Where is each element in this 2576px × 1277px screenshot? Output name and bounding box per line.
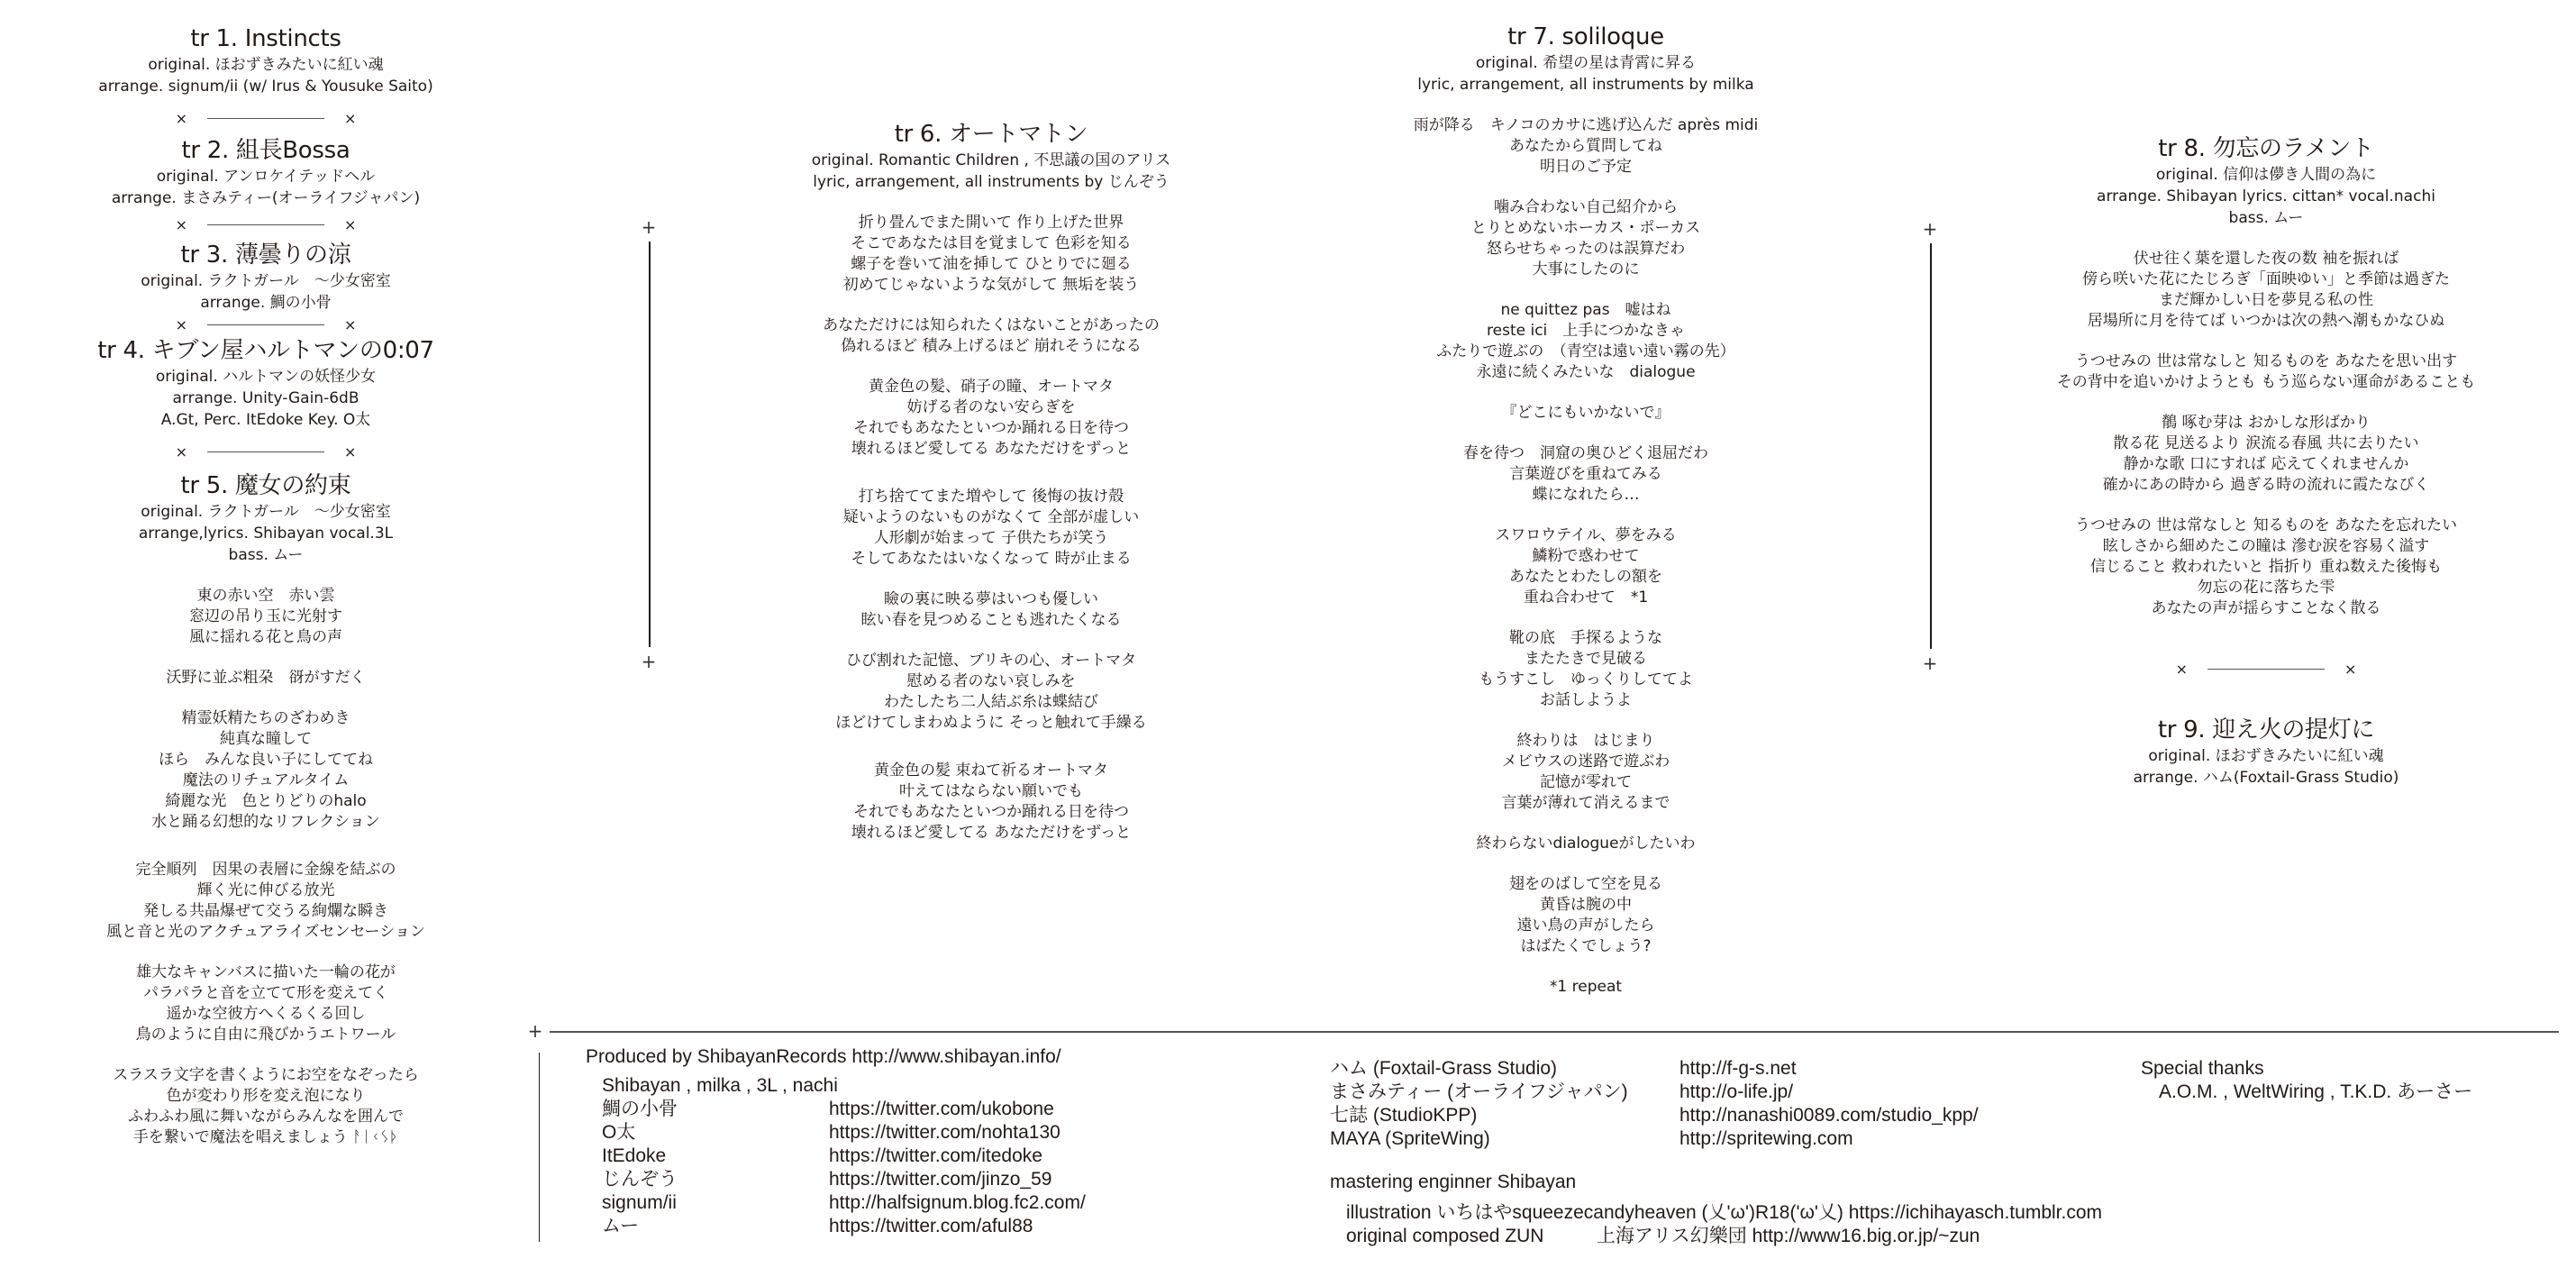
lyric-line: 風と音と光のアクチュアライズセンセーション xyxy=(54,922,478,943)
lyric-line: 言葉遊びを重ねてみる xyxy=(1370,464,1802,485)
lyric-line: 怒らせちゃったのは誤算だわ xyxy=(1370,239,1802,260)
lyric-line: *1 repeat xyxy=(1370,977,1802,998)
track-title: tr 3. 薄曇りの涼 xyxy=(54,240,478,270)
lyrics-stanza: 雄大なキャンバスに描いた一輪の花が パラパラと音を立てて形を変えてく 遥かな空彼… xyxy=(54,962,478,1045)
lyric-line: 鳥のように自由に飛びかうエトワール xyxy=(54,1025,478,1045)
lyrics: 東の赤い空 赤い雲 窓辺の吊り玉に光射す 風に揺れる花と鳥の声 沃野に並ぶ粗朶 … xyxy=(54,586,478,1148)
lyric-line: 春を待つ 洞窟の奥ひどく退屈だわ xyxy=(1370,443,1802,464)
lyric-line: お話しようよ xyxy=(1370,690,1802,711)
lyric-line: ひび割れた記憶、ブリキの心、オートマタ xyxy=(766,651,1216,671)
credit-value: squeezecandyheaven (乂'ω')R18('ω'乂) https… xyxy=(1512,1201,2102,1225)
lyric-line: 発しる共晶爆ぜて交うる絢爛な瞬き xyxy=(54,901,478,922)
lyric-line: うつせみの 世は常なしと 知るものを あなたを思い出す xyxy=(1982,351,2550,372)
lyrics-stanza: 沃野に並ぶ粗朶 谺がすだく xyxy=(54,668,478,689)
lyric-line: 翅をのばして空を見る xyxy=(1370,874,1802,895)
lyric-line: 居場所に月を待てば いつかは次の熱へ潮もかなひぬ xyxy=(1982,311,2550,332)
lyric-line: 噛み合わない自己紹介から xyxy=(1370,197,1802,218)
lyric-line: 窓辺の吊り玉に光射す xyxy=(54,607,478,627)
lyric-line: 永遠に続くみたいな dialogue xyxy=(1370,362,1802,383)
lyric-line: 疑いようのないものがなくて 全部が虚しい xyxy=(766,507,1216,528)
lyric-line: 風に揺れる花と鳥の声 xyxy=(54,627,478,648)
track-title: tr 2. 組長Bossa xyxy=(54,135,478,166)
lyric-line: もうすこし ゆっくりしててよ xyxy=(1370,670,1802,690)
link-row: ムーhttps://twitter.com/aful88 xyxy=(602,1215,1216,1238)
lyrics-stanza: 黄金色の髪 束ねて祈るオートマタ 叶えてはならない願いでも それでもあなたといつ… xyxy=(766,761,1216,844)
lyric-line: 眩い春を見つめることも逃れたくなる xyxy=(766,610,1216,631)
column-track-6: tr 6. オートマトン original. Romantic Children… xyxy=(766,119,1216,844)
lyrics-stanza: 靴の底 手探るような またたきで見破る もうすこし ゆっくりしててよ お話しよう… xyxy=(1370,628,1802,711)
lyric-line: 大事にしたのに xyxy=(1370,260,1802,280)
track-1: tr 1. Instincts original. ほおずきみたいに紅い魂 ar… xyxy=(54,23,478,97)
lyric-line: 遥かな空彼方へくるくる回し xyxy=(54,1004,478,1025)
divider-horizontal xyxy=(550,1031,2559,1033)
lyric-line: それでもあなたといつか踊れる日を待つ xyxy=(766,418,1216,439)
lyric-line: ほら みんな良い子にしててね xyxy=(54,750,478,771)
separator-line xyxy=(207,324,324,325)
track-arrange: arrange,lyrics. Shibayan vocal.3L xyxy=(54,523,478,544)
lyric-line: スラスラ文字を書くようにお空をなぞったら xyxy=(54,1065,478,1086)
lyric-line: 色が変わり形を変え泡になり xyxy=(54,1086,478,1107)
lyric-line: 沃野に並ぶ粗朶 谺がすだく xyxy=(54,668,478,689)
track-credits: lyric, arrangement, all instruments by m… xyxy=(1370,74,1802,96)
lyric-line: 妨げる者のない安らぎを xyxy=(766,397,1216,418)
artist-url[interactable]: http://nanashi0089.com/studio_kpp/ xyxy=(1679,1104,1979,1127)
separator-line xyxy=(207,118,324,119)
lyric-line: ふたりで遊ぶの （青空は遠い遠い霧の先） xyxy=(1370,342,1802,362)
credit-label: original composed ZUN xyxy=(1346,1225,1597,1248)
lyrics-stanza: *1 repeat xyxy=(1370,977,1802,998)
credits-middle: ハム (Foxtail-Grass Studio)http://f-g-s.ne… xyxy=(1330,1057,2069,1248)
artist-name: ItEdoke xyxy=(602,1145,829,1168)
crosshair-mark: + xyxy=(526,1022,544,1040)
lyric-line: 精霊妖精たちのざわめき xyxy=(54,708,478,729)
lyric-line: 初めてじゃないような気がして 無垢を装う xyxy=(766,275,1216,296)
lyric-line: 確かにあの時から 過ぎる時の流れに霞たなびく xyxy=(1982,475,2550,496)
lyrics-stanza: 黄金色の髪、硝子の瞳、オートマタ 妨げる者のない安らぎを それでもあなたといつか… xyxy=(766,377,1216,460)
lyric-line: 瞼の裏に映る夢はいつも優しい xyxy=(766,589,1216,610)
track-title: tr 8. 勿忘のラメント xyxy=(1982,133,2550,164)
lyric-line: またたきで見破る xyxy=(1370,649,1802,670)
cross-mark: × xyxy=(344,110,356,127)
lyric-line: 黄昏は腕の中 xyxy=(1370,895,1802,916)
lyric-line: まだ輝かしい日を夢見る私の性 xyxy=(1982,290,2550,311)
lyrics-stanza: 『どこにもいかないで』 xyxy=(1370,403,1802,424)
track-9: tr 9. 迎え火の提灯に original. ほおずきみたいに紅い魂 arra… xyxy=(1982,715,2550,789)
lyric-line: そしてあなたはいなくなって 時が止まる xyxy=(766,549,1216,570)
track-5: tr 5. 魔女の約束 original. ラクトガール ～少女密室 arran… xyxy=(54,470,478,1148)
lyrics: 折り畳んでまた開いて 作り上げた世界 そこであなたは目を覚まして 色彩を知る 螺… xyxy=(766,213,1216,844)
lyrics-stanza: 伏せ往く葉を還した夜の数 袖を振れば 傍ら咲いた花にたじろぎ「面映ゆい」と季節は… xyxy=(1982,249,2550,332)
track-arrange: arrange. 鯛の小骨 xyxy=(54,292,478,314)
lyrics-stanza: あなただけには知られたくはないことがあったの 偽れるほど 積み上げるほど 崩れそ… xyxy=(766,315,1216,357)
track-original: original. ラクトガール ～少女密室 xyxy=(54,501,478,523)
crosshair-mark: + xyxy=(640,652,658,670)
cross-mark: × xyxy=(344,316,356,333)
lyrics-stanza: 鶺 啄む芽は おかしな形ばかり 散る花 見送るより 涙流る春風 共に去りたい 静… xyxy=(1982,413,2550,496)
credit-label: illustration いちはや xyxy=(1346,1201,1512,1225)
crosshair-mark: + xyxy=(640,218,658,236)
lyrics-stanza: うつせみの 世は常なしと 知るものを あなたを思い出す その背中を追いかけようと… xyxy=(1982,351,2550,393)
link-row: ItEdokehttps://twitter.com/itedoke xyxy=(602,1145,1216,1168)
illustration-credit: illustration いちはやsqueezecandyheaven (乂'ω… xyxy=(1330,1201,2069,1225)
track-original: original. ほおずきみたいに紅い魂 xyxy=(54,54,478,76)
lyrics-stanza: ne quittez pas 嘘はね reste ici 上手につかなきゃ ふた… xyxy=(1370,300,1802,383)
lyric-line: 純真な瞳して xyxy=(54,729,478,750)
track-original: original. アンロケイテッドヘル xyxy=(54,166,478,187)
lyrics-stanza: 完全順列 因果の表層に金線を結ぶの 輝く光に伸びる放光 発しる共晶爆ぜて交うる絢… xyxy=(54,860,478,943)
lyric-line: 手を繋いで魔法を唱えましょう ᚨᛁᚲᛊᚦ xyxy=(54,1127,478,1148)
lyric-line: 眩しさから細めたこの瞳は 滲む涙を容易く溢す xyxy=(1982,536,2550,557)
separator-line xyxy=(207,452,324,452)
lyric-line: 記憶が零れて xyxy=(1370,772,1802,793)
special-thanks-names: A.O.M. , WeltWiring , T.K.D. あーさー xyxy=(2141,1081,2573,1104)
lyric-line: 重ね合わせて *1 xyxy=(1370,588,1802,608)
track-arrange: arrange. Unity-Gain-6dB xyxy=(54,388,478,409)
artist-url[interactable]: https://twitter.com/aful88 xyxy=(829,1215,1033,1238)
lyric-line: 螺子を巻いて油を挿して ひとりでに廻る xyxy=(766,254,1216,275)
artist-url[interactable]: https://twitter.com/ukobone xyxy=(829,1098,1054,1121)
link-row: O太https://twitter.com/nohta130 xyxy=(602,1121,1216,1145)
lyric-line: 鱗粉で惑わせて xyxy=(1370,546,1802,567)
track-title: tr 9. 迎え火の提灯に xyxy=(1982,715,2550,745)
cross-mark: × xyxy=(176,443,187,461)
cross-mark: × xyxy=(176,216,187,233)
track-original: original. ラクトガール ～少女密室 xyxy=(54,270,478,292)
track-title: tr 6. オートマトン xyxy=(766,119,1216,150)
lyrics-stanza: 終わらないdialogueがしたいわ xyxy=(1370,834,1802,854)
lyric-line: そこであなたは目を覚まして 色彩を知る xyxy=(766,233,1216,254)
lyric-line: スワロウテイル、夢をみる xyxy=(1370,525,1802,546)
lyric-line: 終わりは はじまり xyxy=(1370,731,1802,752)
link-row: 鯛の小骨https://twitter.com/ukobone xyxy=(602,1098,1216,1121)
lyric-line: 黄金色の髪 束ねて祈るオートマタ xyxy=(766,761,1216,781)
cross-mark: × xyxy=(2176,661,2188,678)
artist-name: ムー xyxy=(602,1215,829,1238)
track-separator: × × xyxy=(54,209,478,240)
links-list: 鯛の小骨https://twitter.com/ukobone O太https:… xyxy=(586,1098,1216,1238)
lyrics-stanza: ひび割れた記憶、ブリキの心、オートマタ 慰める者のない哀しみを わたしたち二人結… xyxy=(766,651,1216,734)
lyric-line: わたしたち二人結ぶ糸は蝶結び xyxy=(766,692,1216,713)
track-title: tr 1. Instincts xyxy=(54,23,478,54)
track-original: original. ほおずきみたいに紅い魂 xyxy=(1982,745,2550,767)
track-arrange: arrange. signum/ii (w/ Irus & Yousuke Sa… xyxy=(54,76,478,97)
lyric-line: その背中を追いかけようとも もう巡らない運命があることも xyxy=(1982,372,2550,393)
track-arrange: arrange. ハム(Foxtail-Grass Studio) xyxy=(1982,767,2550,789)
separator-line xyxy=(2207,669,2325,670)
lyric-line: うつせみの 世は常なしと 知るものを あなたを忘れたい xyxy=(1982,515,2550,536)
lyric-line: 鶺 啄む芽は おかしな形ばかり xyxy=(1982,413,2550,433)
track-original: original. 希望の星は青霄に昇る xyxy=(1370,52,1802,74)
cross-mark: × xyxy=(344,216,356,233)
track-4: tr 4. キブン屋ハルトマンの0:07 original. ハルトマンの妖怪少… xyxy=(54,335,478,431)
artist-name: ハム (Foxtail-Grass Studio) xyxy=(1330,1057,1679,1081)
artist-name: 七誌 (StudioKPP) xyxy=(1330,1104,1679,1127)
track-bass: bass. ムー xyxy=(1982,207,2550,229)
artist-url[interactable]: https://twitter.com/itedoke xyxy=(829,1145,1042,1168)
separator-line xyxy=(207,224,324,225)
original-credit: original composed ZUN上海アリス幻樂団 http://www… xyxy=(1330,1225,2069,1248)
artist-name: signum/ii xyxy=(602,1191,829,1215)
lyric-line: 叶えてはならない願いでも xyxy=(766,781,1216,802)
credits-left: Produced by ShibayanRecords http://www.s… xyxy=(586,1045,1216,1238)
track-original: original. Romantic Children , 不思議の国のアリス xyxy=(766,150,1216,171)
lyrics: 雨が降る キノコのカサに逃げ込んだ après midi あなたから質問してね … xyxy=(1370,115,1802,998)
lyric-line: パラパラと音を立てて形を変えてく xyxy=(54,983,478,1004)
lyrics-stanza: 瞼の裏に映る夢はいつも優しい 眩い春を見つめることも逃れたくなる xyxy=(766,589,1216,631)
divider-vertical xyxy=(649,242,651,647)
lyrics-stanza: 打ち捨ててまた増やして 後悔の抜け殻 疑いようのないものがなくて 全部が虚しい … xyxy=(766,487,1216,570)
track-bass: bass. ムー xyxy=(54,544,478,566)
lyric-line: 終わらないdialogueがしたいわ xyxy=(1370,834,1802,854)
artist-name: 鯛の小骨 xyxy=(602,1098,829,1121)
artist-name: MAYA (SpriteWing) xyxy=(1330,1127,1679,1151)
lyric-line: 水と踊る幻想的なリフレクション xyxy=(54,812,478,833)
lyrics-stanza: 翅をのばして空を見る 黄昏は腕の中 遠い鳥の声がしたら はばたくでしょう? xyxy=(1370,874,1802,957)
artist-url[interactable]: https://twitter.com/nohta130 xyxy=(829,1121,1060,1145)
track-title: tr 5. 魔女の約束 xyxy=(54,470,478,501)
lyrics-stanza: 東の赤い空 赤い雲 窓辺の吊り玉に光射す 風に揺れる花と鳥の声 xyxy=(54,586,478,648)
lyric-line: 明日のご予定 xyxy=(1370,157,1802,178)
link-row: ハム (Foxtail-Grass Studio)http://f-g-s.ne… xyxy=(1330,1057,2069,1081)
lyric-line: 偽れるほど 積み上げるほど 崩れそうになる xyxy=(766,336,1216,357)
track-arrange: arrange. Shibayan lyrics. cittan* vocal.… xyxy=(1982,186,2550,207)
track-title: tr 4. キブン屋ハルトマンの0:07 xyxy=(54,335,478,366)
lyrics-stanza: 終わりは はじまり メビウスの迷路で遊ぶわ 記憶が零れて 言葉が薄れて消えるまで xyxy=(1370,731,1802,814)
lyrics: 伏せ往く葉を還した夜の数 袖を振れば 傍ら咲いた花にたじろぎ「面映ゆい」と季節は… xyxy=(1982,249,2550,619)
link-row: じんぞうhttps://twitter.com/jinzo_59 xyxy=(602,1168,1216,1191)
lyric-line: あなたの声が揺らすことなく散る xyxy=(1982,598,2550,619)
crosshair-mark: + xyxy=(1921,654,1939,672)
lyric-line: 傍ら咲いた花にたじろぎ「面映ゆい」と季節は過ぎた xyxy=(1982,269,2550,290)
lyric-line: 遠い鳥の声がしたら xyxy=(1370,916,1802,936)
lyric-line: 綺麗な光 色とりどりのhalo xyxy=(54,791,478,812)
lyric-line: 黄金色の髪、硝子の瞳、オートマタ xyxy=(766,377,1216,397)
artist-url[interactable]: http://o-life.jp/ xyxy=(1679,1081,1793,1104)
track-2: tr 2. 組長Bossa original. アンロケイテッドヘル arran… xyxy=(54,135,478,209)
lyric-line: 蝶になれたら… xyxy=(1370,485,1802,506)
track-credits: lyric, arrangement, all instruments by じ… xyxy=(766,171,1216,193)
track-3: tr 3. 薄曇りの涼 original. ラクトガール ～少女密室 arran… xyxy=(54,240,478,314)
lyric-line: ne quittez pas 嘘はね xyxy=(1370,300,1802,321)
artist-url[interactable]: https://twitter.com/jinzo_59 xyxy=(829,1168,1051,1191)
lyric-line: あなたから質問してね xyxy=(1370,136,1802,157)
special-thanks-title: Special thanks xyxy=(2141,1057,2573,1081)
track-separator: × × xyxy=(1982,653,2550,684)
cross-mark: × xyxy=(176,110,187,127)
lyrics-stanza: スワロウテイル、夢をみる 鱗粉で惑わせて あなたとわたしの額を 重ね合わせて *… xyxy=(1370,525,1802,608)
lyric-line: 慰める者のない哀しみを xyxy=(766,671,1216,692)
artist-name: まさみティー (オーライフジャパン) xyxy=(1330,1081,1679,1104)
divider-vertical xyxy=(539,1053,540,1242)
lyrics-stanza: 雨が降る キノコのカサに逃げ込んだ après midi あなたから質問してね … xyxy=(1370,115,1802,178)
track-8: tr 8. 勿忘のラメント original. 信仰は儚き人間の為に arran… xyxy=(1982,133,2550,619)
track-separator: × × xyxy=(54,436,478,467)
lyric-line: 静かな歌 口にすれば 応えてくれませんか xyxy=(1982,454,2550,475)
lyric-line: 雄大なキャンバスに描いた一輪の花が xyxy=(54,962,478,983)
lyric-line: 勿忘の花に落ちた雫 xyxy=(1982,578,2550,598)
lyric-line: 壊れるほど愛してる あなただけをずっと xyxy=(766,439,1216,460)
column-tracks-8-9: tr 8. 勿忘のラメント original. 信仰は儚き人間の為に arran… xyxy=(1982,133,2550,789)
lyric-line: 輝く光に伸びる放光 xyxy=(54,880,478,901)
artist-name: O太 xyxy=(602,1121,829,1145)
lyric-line: 信じること 救われたいと 指折り 重ね数えた後悔も xyxy=(1982,557,2550,578)
lyrics-stanza: 噛み合わない自己紹介から とりとめないホーカス・ポーカス 怒らせちゃったのは誤算… xyxy=(1370,197,1802,280)
artist-name: じんぞう xyxy=(602,1168,829,1191)
lyric-line: あなたとわたしの額を xyxy=(1370,567,1802,588)
track-instruments: A.Gt, Perc. ItEdoke Key. O太 xyxy=(54,409,478,431)
cross-mark: × xyxy=(176,316,187,333)
credit-value: 上海アリス幻樂団 http://www16.big.or.jp/~zun xyxy=(1597,1225,1980,1248)
divider-vertical xyxy=(1930,243,1932,649)
lyric-line: ふわふわ風に舞いながらみんなを囲んで xyxy=(54,1107,478,1127)
lyric-line: 散る花 見送るより 涙流る春風 共に去りたい xyxy=(1982,433,2550,454)
produced-by: Produced by ShibayanRecords http://www.s… xyxy=(586,1045,1216,1069)
lyric-line: 完全順列 因果の表層に金線を結ぶの xyxy=(54,860,478,880)
artist-url[interactable]: http://spritewing.com xyxy=(1679,1127,1853,1151)
lyric-line: 伏せ往く葉を還した夜の数 袖を振れば xyxy=(1982,249,2550,269)
track-separator: × × xyxy=(54,314,478,335)
lyric-line: 折り畳んでまた開いて 作り上げた世界 xyxy=(766,213,1216,233)
lyric-line: 東の赤い空 赤い雲 xyxy=(54,586,478,607)
lyric-line: 魔法のリチュアルタイム xyxy=(54,771,478,791)
lyric-line: 『どこにもいかないで』 xyxy=(1370,403,1802,424)
lyric-line: ほどけてしまわぬように そっと触れて手繰る xyxy=(766,713,1216,734)
link-row: まさみティー (オーライフジャパン)http://o-life.jp/ xyxy=(1330,1081,2069,1104)
lyric-line: 人形劇が始まって 子供たちが笑う xyxy=(766,528,1216,549)
lyric-line: 靴の底 手探るような xyxy=(1370,628,1802,649)
track-original: original. 信仰は儚き人間の為に xyxy=(1982,164,2550,186)
artist-url[interactable]: http://f-g-s.net xyxy=(1679,1057,1797,1081)
track-arrange: arrange. まさみティー(オーライフジャパン) xyxy=(54,187,478,209)
lyric-line: メビウスの迷路で遊ぶわ xyxy=(1370,752,1802,772)
column-track-7: tr 7. soliloque original. 希望の星は青霄に昇る lyr… xyxy=(1370,22,1802,998)
mastering-credit: mastering enginner Shibayan xyxy=(1330,1171,2069,1194)
column-tracks-1-5: tr 1. Instincts original. ほおずきみたいに紅い魂 ar… xyxy=(54,23,478,1148)
lyric-line: 打ち捨ててまた増やして 後悔の抜け殻 xyxy=(766,487,1216,507)
cross-mark: × xyxy=(344,443,356,461)
track-original: original. ハルトマンの妖怪少女 xyxy=(54,366,478,388)
lyric-line: 壊れるほど愛してる あなただけをずっと xyxy=(766,823,1216,844)
lyrics-stanza: 春を待つ 洞窟の奥ひどく退屈だわ 言葉遊びを重ねてみる 蝶になれたら… xyxy=(1370,443,1802,506)
special-thanks: Special thanks A.O.M. , WeltWiring , T.K… xyxy=(2141,1057,2573,1104)
lyric-line: 言葉が薄れて消えるまで xyxy=(1370,793,1802,814)
link-row: MAYA (SpriteWing)http://spritewing.com xyxy=(1330,1127,2069,1151)
lyric-line: はばたくでしょう? xyxy=(1370,936,1802,957)
lyric-line: あなただけには知られたくはないことがあったの xyxy=(766,315,1216,336)
track-separator: × × xyxy=(54,103,478,133)
lyrics-stanza: うつせみの 世は常なしと 知るものを あなたを忘れたい 眩しさから細めたこの瞳は… xyxy=(1982,515,2550,619)
lyrics-stanza: 精霊妖精たちのざわめき 純真な瞳して ほら みんな良い子にしててね 魔法のリチュ… xyxy=(54,708,478,833)
members: Shibayan , milka , 3L , nachi xyxy=(586,1074,1216,1098)
crosshair-mark: + xyxy=(1921,220,1939,238)
lyric-line: reste ici 上手につかなきゃ xyxy=(1370,321,1802,342)
lyrics-stanza: 折り畳んでまた開いて 作り上げた世界 そこであなたは目を覚まして 色彩を知る 螺… xyxy=(766,213,1216,296)
artist-url[interactable]: http://halfsignum.blog.fc2.com/ xyxy=(829,1191,1086,1215)
lyric-line: とりとめないホーカス・ポーカス xyxy=(1370,218,1802,239)
cross-mark: × xyxy=(2344,661,2356,678)
lyric-line: 雨が降る キノコのカサに逃げ込んだ après midi xyxy=(1370,115,1802,136)
link-row: signum/iihttp://halfsignum.blog.fc2.com/ xyxy=(602,1191,1216,1215)
lyric-line: それでもあなたといつか踊れる日を待つ xyxy=(766,802,1216,823)
lyrics-stanza: スラスラ文字を書くようにお空をなぞったら 色が変わり形を変え泡になり ふわふわ風… xyxy=(54,1065,478,1148)
track-title: tr 7. soliloque xyxy=(1370,22,1802,52)
link-row: 七誌 (StudioKPP)http://nanashi0089.com/stu… xyxy=(1330,1104,2069,1127)
